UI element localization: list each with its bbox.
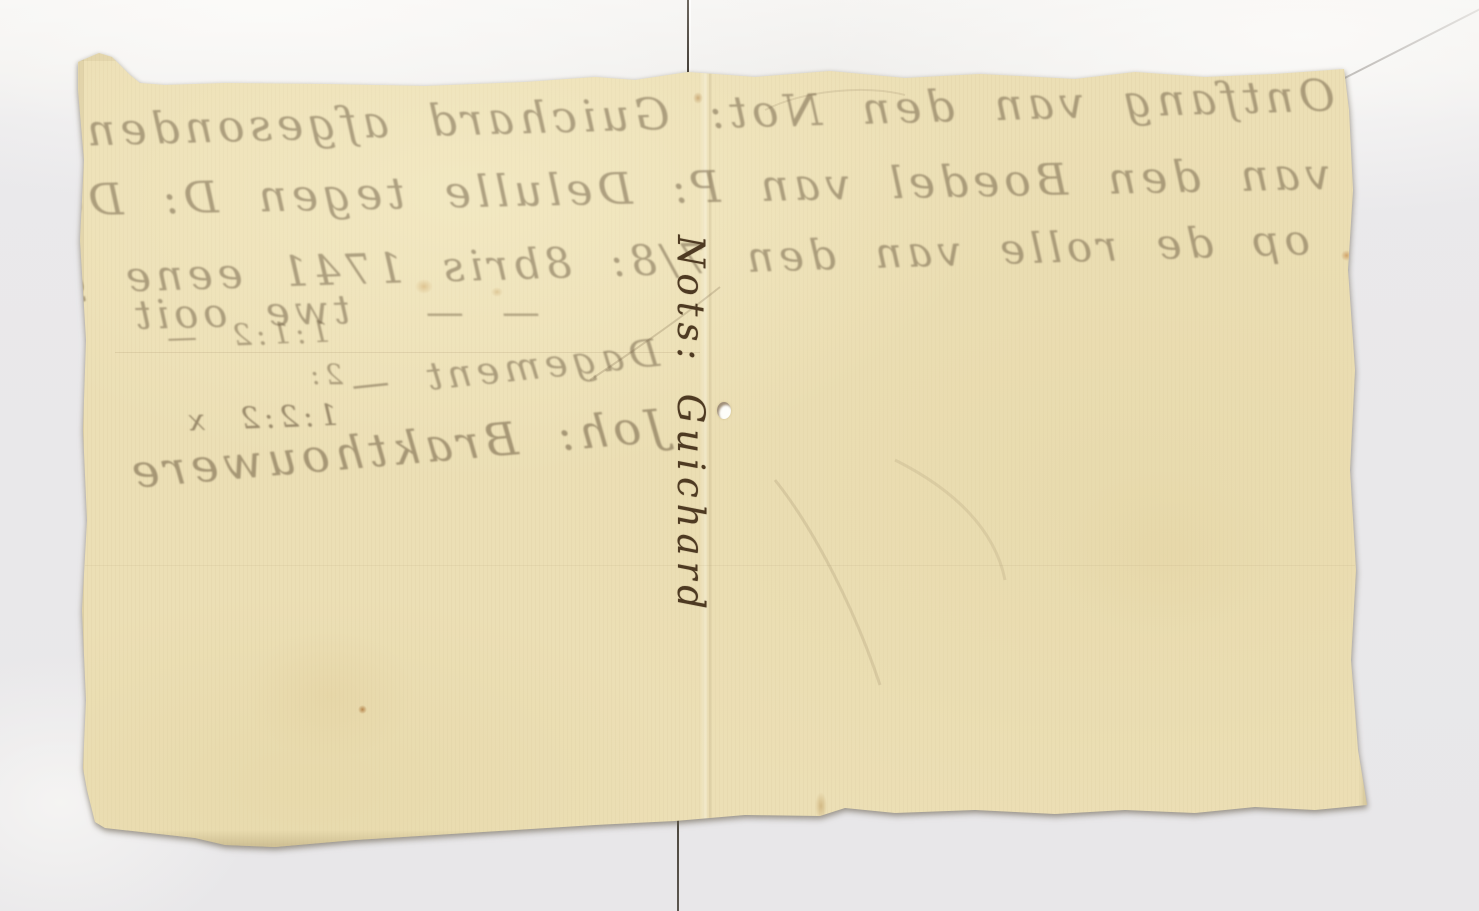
ink-note-vertical: Nots: Guichard xyxy=(660,235,712,665)
bleedthrough-amount-1: 1:1:2 — xyxy=(169,315,330,356)
pin-hole xyxy=(717,402,731,419)
foxing-stain xyxy=(1341,250,1352,261)
bleedthrough-line-2: van den Boedel van P: Delulle tegen D: D… xyxy=(95,149,1331,226)
bleedthrough-line-1: Ontfang van den Not: Guichard afgesonden xyxy=(95,71,1336,157)
scanner-backing: Ontfang van den Not: Guichard afgesonden… xyxy=(0,0,1479,911)
paper-sheet: Ontfang van den Not: Guichard afgesonden… xyxy=(75,50,1371,850)
foxing-stain xyxy=(245,630,415,760)
foxing-stain xyxy=(1055,470,1275,640)
document-paper: Ontfang van den Not: Guichard afgesonden… xyxy=(75,50,1371,850)
bleedthrough-line-5: Dagement — xyxy=(329,331,662,409)
foxing-stain xyxy=(815,792,827,820)
bleedthrough-dashes: — — xyxy=(400,290,540,334)
